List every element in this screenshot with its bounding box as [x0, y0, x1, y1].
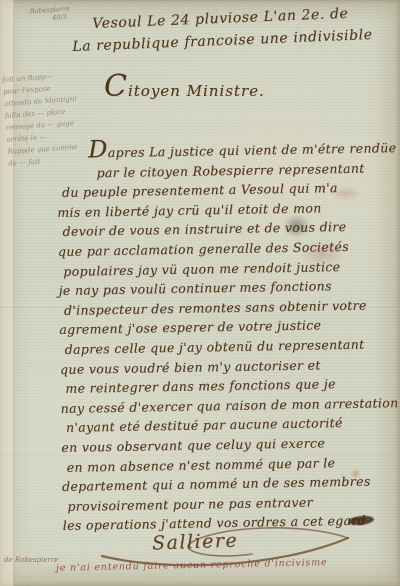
pencil-archive-number: 40/3	[52, 13, 71, 22]
pencil-archive-note: Robespierre 40/3	[29, 5, 70, 24]
dateline-line2: La republique francoise une indivisible	[72, 27, 373, 55]
stain	[351, 469, 360, 478]
manuscript-letter-page: Robespierre 40/3 Vesoul Le 24 pluviose L…	[0, 0, 400, 586]
stain	[300, 240, 344, 268]
ink-blot	[283, 214, 310, 238]
stain	[330, 186, 362, 201]
salutation: Citoyen Ministre.	[104, 82, 265, 100]
postscript-attribution: de Robespierre	[4, 556, 58, 564]
dateline-line1: Vesoul Le 24 pluviose L'an 2e. de	[92, 6, 349, 32]
